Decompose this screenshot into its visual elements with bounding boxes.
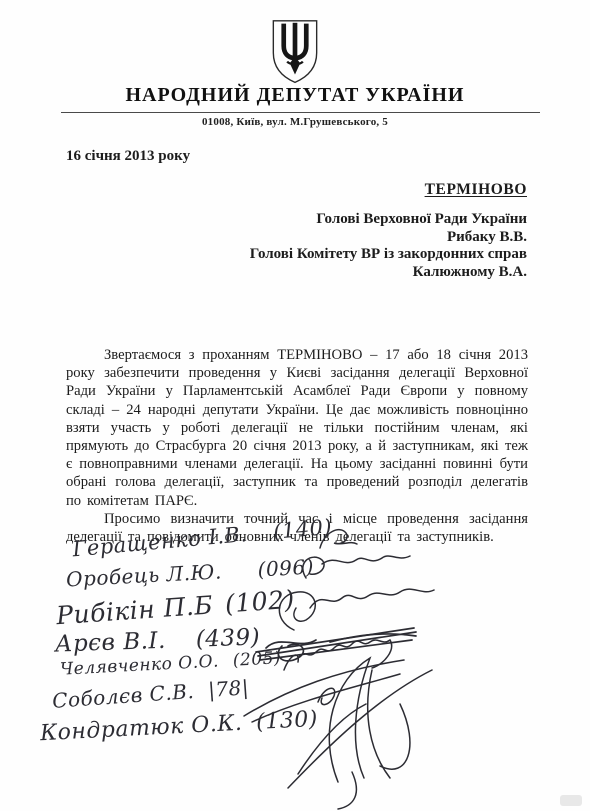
signature-flourish-7: [288, 658, 432, 809]
letter-page: НАРОДНИЙ ДЕПУТАТ УКРАЇНИ 01008, Київ, ву…: [0, 0, 590, 811]
signature-name: Кондратюк О.К.: [40, 711, 243, 747]
signature-number: (130): [256, 707, 319, 735]
signatures-block: Геращенко І.В.(140) Оробець Л.Ю.(096) Ри…: [0, 520, 590, 811]
letter-date: 16 січня 2013 року: [66, 148, 190, 165]
signature-flourish-3: [279, 589, 434, 630]
body-paragraph-1: Звертаємося з проханням ТЕРМІНОВО – 17 а…: [66, 346, 528, 510]
signature-row: Геращенко І.В.(140): [71, 515, 333, 562]
signature-number: (439): [195, 624, 260, 652]
addressee-line: Калюжному В.А.: [250, 264, 527, 282]
letterhead-address: 01008, Київ, вул. М.Грушевського, 5: [0, 116, 590, 128]
signature-name: Соболєв С.В.: [51, 679, 195, 713]
signature-number: |78|: [207, 675, 250, 702]
signature-number: (102): [224, 585, 296, 619]
ukraine-trident-icon: [269, 18, 321, 91]
addressee-line: Рибаку В.В.: [250, 229, 527, 247]
letterhead-divider: [61, 112, 540, 113]
addressee-block: Голові Верховної Ради України Рибаку В.В…: [250, 211, 527, 281]
signature-row: Кондратюк О.К.(130): [40, 707, 319, 747]
scan-smudge: [560, 795, 582, 806]
signature-row: Соболєв С.В.|78|: [51, 675, 249, 713]
signature-flourish-2: [303, 556, 410, 578]
signature-name: Рибікін П.Б: [55, 590, 214, 630]
org-title: НАРОДНИЙ ДЕПУТАТ УКРАЇНИ: [0, 84, 590, 107]
addressee-line: Голові Верховної Ради України: [250, 211, 527, 229]
signature-name: Арєв В.І.: [55, 628, 167, 658]
signature-name: Геращенко І.В.: [71, 522, 248, 561]
urgency-label: ТЕРМІНОВО: [425, 181, 527, 199]
signature-number: (205): [232, 648, 281, 670]
signature-number: (096): [257, 555, 314, 582]
signature-number: (140): [272, 515, 333, 544]
signature-name: Оробець Л.Ю.: [66, 559, 223, 591]
addressee-line: Голові Комітету ВР із закордонних справ: [250, 246, 527, 264]
signature-flourish-5: [284, 640, 392, 670]
letter-body: Звертаємося з проханням ТЕРМІНОВО – 17 а…: [66, 346, 528, 546]
